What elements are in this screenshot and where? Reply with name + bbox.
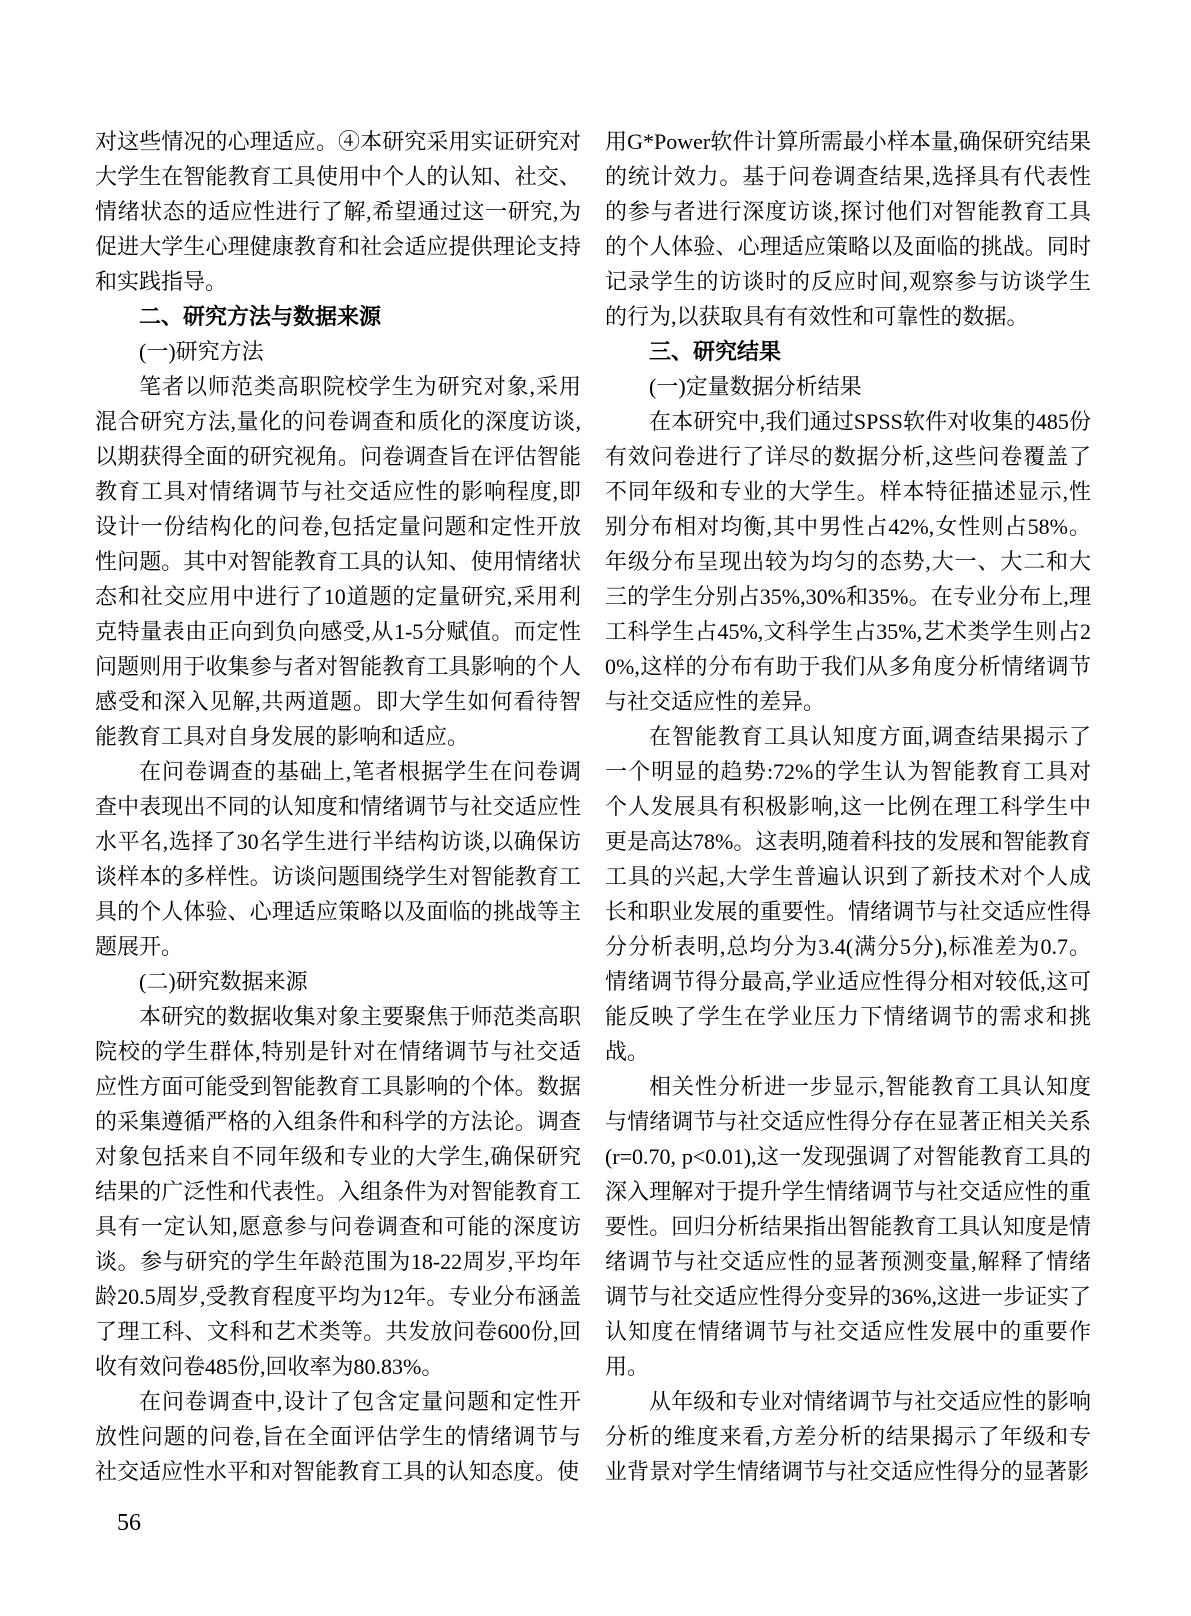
- subheading: (二)研究数据来源: [95, 964, 581, 999]
- column-left: 对这些情况的心理适应。④本研究采用实证研究对大学生在智能教育工具使用中个人的认知…: [95, 124, 581, 1489]
- document-page: 对这些情况的心理适应。④本研究采用实证研究对大学生在智能教育工具使用中个人的认知…: [0, 0, 1191, 1616]
- column-right: 用G*Power软件计算所需最小样本量,确保研究结果的统计效力。基于问卷调查结果…: [605, 124, 1091, 1489]
- paragraph: 在问卷调查中,设计了包含定量问题和定性开放性问题的问卷,旨在全面评估学生的情绪调…: [95, 1384, 581, 1489]
- paragraph: 相关性分析进一步显示,智能教育工具认知度与情绪调节与社交适应性得分存在显著正相关…: [605, 1069, 1091, 1384]
- paragraph: 在本研究中,我们通过SPSS软件对收集的485份有效问卷进行了详尽的数据分析,这…: [605, 404, 1091, 719]
- two-column-layout: 对这些情况的心理适应。④本研究采用实证研究对大学生在智能教育工具使用中个人的认知…: [95, 124, 1091, 1489]
- subheading: (一)研究方法: [95, 334, 581, 369]
- paragraph-continuation: 对这些情况的心理适应。④本研究采用实证研究对大学生在智能教育工具使用中个人的认知…: [95, 124, 581, 299]
- paragraph: 从年级和专业对情绪调节与社交适应性的影响分析的维度来看,方差分析的结果揭示了年级…: [605, 1384, 1091, 1489]
- paragraph-continuation: 用G*Power软件计算所需最小样本量,确保研究结果的统计效力。基于问卷调查结果…: [605, 124, 1091, 334]
- paragraph: 笔者以师范类高职院校学生为研究对象,采用混合研究方法,量化的问卷调查和质化的深度…: [95, 369, 581, 754]
- paragraph: 在智能教育工具认知度方面,调查结果揭示了一个明显的趋势:72%的学生认为智能教育…: [605, 719, 1091, 1069]
- heading: 三、研究结果: [605, 334, 1091, 369]
- page-number: 56: [117, 1508, 141, 1538]
- subheading: (一)定量数据分析结果: [605, 369, 1091, 404]
- paragraph: 本研究的数据收集对象主要聚焦于师范类高职院校的学生群体,特别是针对在情绪调节与社…: [95, 999, 581, 1384]
- heading: 二、研究方法与数据来源: [95, 299, 581, 334]
- paragraph: 在问卷调查的基础上,笔者根据学生在问卷调查中表现出不同的认知度和情绪调节与社交适…: [95, 754, 581, 964]
